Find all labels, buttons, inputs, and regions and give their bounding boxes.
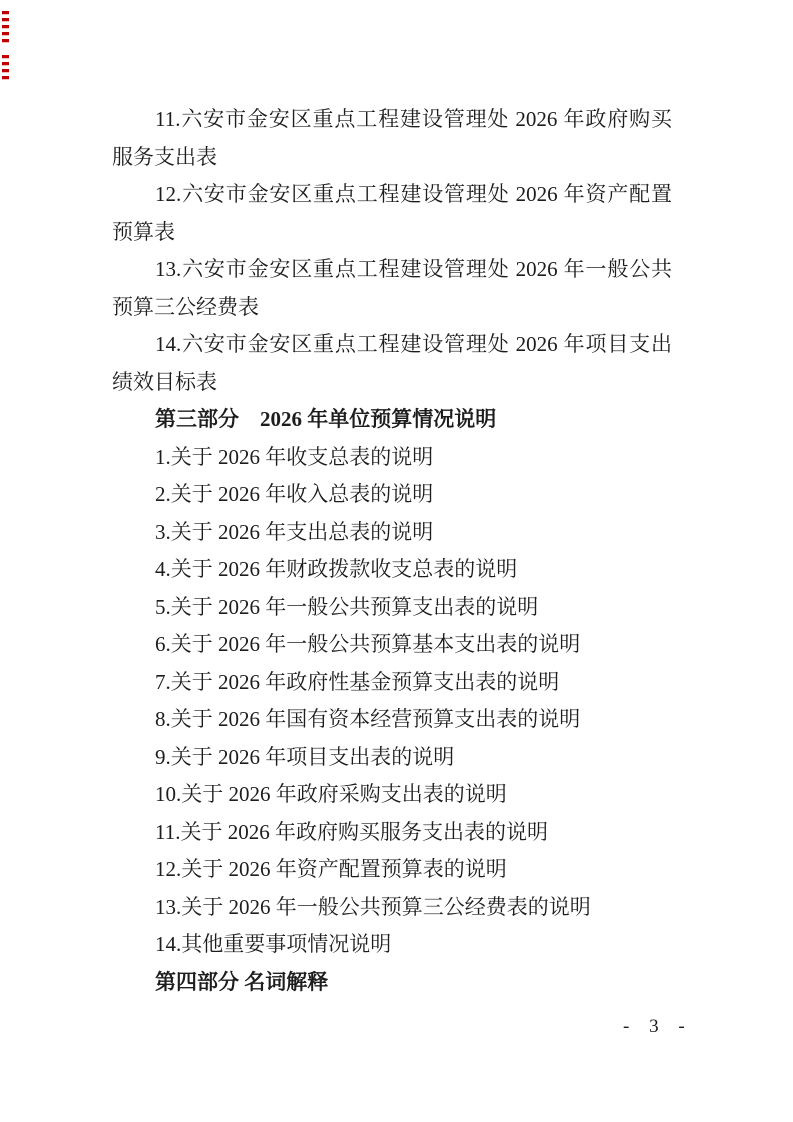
toc-note-item-12: 12.关于 2026 年资产配置预算表的说明	[112, 851, 672, 889]
toc-note-item-4: 4.关于 2026 年财政拨款收支总表的说明	[112, 551, 672, 589]
toc-note-item-9: 9.关于 2026 年项目支出表的说明	[112, 739, 672, 777]
page-number: - 3 -	[623, 1014, 689, 1040]
toc-note-item-10: 10.关于 2026 年政府采购支出表的说明	[112, 776, 672, 814]
toc-item-14-line1: 14.六安市金安区重点工程建设管理处 2026 年项目支出	[112, 326, 672, 364]
toc-content: 11.六安市金安区重点工程建设管理处 2026 年政府购买 服务支出表 12.六…	[112, 101, 672, 1001]
toc-note-item-3: 3.关于 2026 年支出总表的说明	[112, 514, 672, 552]
toc-note-item-13: 13.关于 2026 年一般公共预算三公经费表的说明	[112, 889, 672, 927]
red-stamp-fragment	[2, 55, 9, 82]
toc-note-item-7: 7.关于 2026 年政府性基金预算支出表的说明	[112, 664, 672, 702]
toc-note-item-6: 6.关于 2026 年一般公共预算基本支出表的说明	[112, 626, 672, 664]
toc-item-12-line1: 12.六安市金安区重点工程建设管理处 2026 年资产配置	[112, 176, 672, 214]
toc-item-12-line2: 预算表	[112, 214, 672, 252]
toc-item-13-line1: 13.六安市金安区重点工程建设管理处 2026 年一般公共	[112, 251, 672, 289]
toc-item-14-line2: 绩效目标表	[112, 364, 672, 402]
document-page: 11.六安市金安区重点工程建设管理处 2026 年政府购买 服务支出表 12.六…	[0, 0, 793, 1122]
toc-note-item-2: 2.关于 2026 年收入总表的说明	[112, 476, 672, 514]
toc-item-11-line1: 11.六安市金安区重点工程建设管理处 2026 年政府购买	[112, 101, 672, 139]
red-margin-marks	[2, 11, 10, 82]
toc-note-item-11: 11.关于 2026 年政府购买服务支出表的说明	[112, 814, 672, 852]
toc-item-13-line2: 预算三公经费表	[112, 289, 672, 327]
section-heading-part3: 第三部分 2026 年单位预算情况说明	[112, 401, 672, 439]
toc-item-11-line2: 服务支出表	[112, 139, 672, 177]
toc-note-item-1: 1.关于 2026 年收支总表的说明	[112, 439, 672, 477]
toc-note-item-14: 14.其他重要事项情况说明	[112, 926, 672, 964]
toc-note-item-8: 8.关于 2026 年国有资本经营预算支出表的说明	[112, 701, 672, 739]
section-heading-part4: 第四部分 名词解释	[112, 964, 672, 1002]
red-stamp-fragment	[2, 11, 9, 46]
toc-note-item-5: 5.关于 2026 年一般公共预算支出表的说明	[112, 589, 672, 627]
